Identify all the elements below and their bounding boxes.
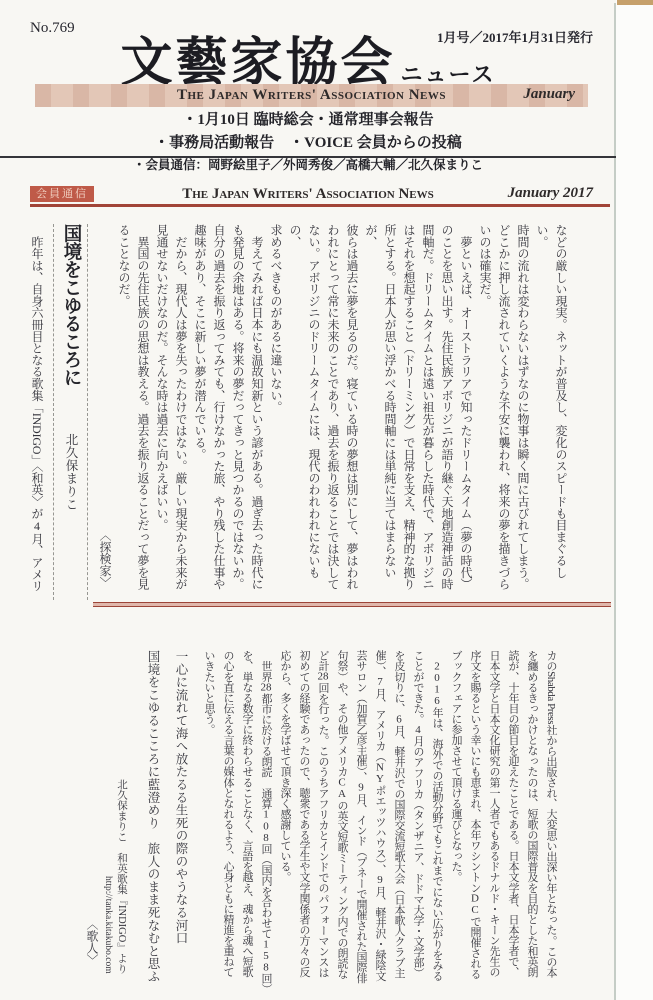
header-divider xyxy=(0,156,616,158)
text-column: われにとって常に未来のことであり、過去を振り返ることでは決して xyxy=(323,224,342,600)
association-banner: The Japan Writers' Association News Janu… xyxy=(35,84,588,107)
scan-artifact xyxy=(617,0,653,5)
section-rule xyxy=(30,204,610,207)
article-title-column: 国境をこゆるころに 北久保まりこ xyxy=(61,224,80,600)
text-column: も発見の余地はある。将来の夢だってきっと見つかるのではないか。 xyxy=(228,224,247,600)
text-column: の心を直に伝える言葉の媒体となれるよう、心身ともに精進を重ねて xyxy=(218,650,237,1000)
article-title: 国境をこゆるころに xyxy=(61,224,81,386)
association-name-en: The Japan Writers' Association News xyxy=(177,87,446,104)
text-column: 考えてみれば日本にも温故知新という諺がある。過ぎ去った時代に xyxy=(247,224,266,600)
text-column: ることなのだ。 xyxy=(114,224,133,600)
article-author: 北久保まりこ xyxy=(64,433,78,511)
contents-bullets: ・1月10日 臨時総会・通常理事会報告 ・事務局活動報告 ・VOICE 会員から… xyxy=(0,108,616,173)
text-column: ブックフェアに参加させて頂ける運びとなった。 xyxy=(446,650,465,1000)
text-column: 間軸だ。ドリームタイムとは遠い祖先が暮らした時代で、アボリジニ xyxy=(418,224,437,600)
text-column: ない。アボリジニのドリームタイムには、現代のわれわれにないもの、 xyxy=(285,224,323,600)
text-column: 初めての経験であったので、聴衆である学生や文学関係者の方々の反 xyxy=(294,650,313,1000)
text-column: を、単なる数字に終わらせることなく、言語を越え、魂から魂へ短歌 xyxy=(237,650,256,1000)
text-column: 所とする。日本人が思い浮かべる時間軸には単純に当てはまらないが、 xyxy=(361,224,399,600)
running-head-date: January 2017 xyxy=(508,185,593,202)
text-column: 句祭）や、その他アメリカCAの英文短歌ミーティング内での朗読な xyxy=(332,650,351,1000)
text-column: を皮切りに、6月、軽井沢での国際交流短歌大会（日本歌人クラブ主 xyxy=(389,650,408,1000)
text-column: 世界28都市に於ける朗読 通算108回（国内を合わせて158回） xyxy=(256,650,275,1000)
text-column: 自分の過去を振り返ってみても、行けなかった旅、やり残した仕事や xyxy=(209,224,228,600)
text-column: 芸サロン（加賀乙彦主催）、9月、インド（プネーで開催された国際俳 xyxy=(351,650,370,1000)
text-column: 趣味があり、そこに新しい夢が潜んでいる。 xyxy=(190,224,209,600)
text-column: 序文を賜るという幸いにも恵まれ、本年ワシントンDCで開催される xyxy=(465,650,484,1000)
text-column: カのShabda Press社から出版され、大変思い出深い年となった。この本 xyxy=(541,650,560,1000)
text-column: 日本文学と日本文化研究の第一人者でもあるドナルド・キーン先生の xyxy=(484,650,503,1000)
bullet-line: ・1月10日 臨時総会・通常理事会報告 xyxy=(0,108,616,129)
column-separator xyxy=(53,224,54,600)
text-column: 見通せないだけなのだ。そんな時は過去に向かえばいい。 xyxy=(152,224,171,600)
banner-month: January xyxy=(523,86,575,103)
text-column: ことができた。4月のアフリカ（タンザニア、ドドマ大学・文学部） xyxy=(408,650,427,1000)
text-column: 時間の流れは変わらないはずなのに物事は瞬く間に古びれてしまう。 xyxy=(513,224,532,600)
scan-margin xyxy=(616,0,653,1000)
author-role-tag: 〈歌人〉 xyxy=(82,650,101,1000)
tanka-poem: 一心に流れて海へ放たるる生死の際のやうなる河口 xyxy=(171,650,190,1000)
website-url: http://tanka.kitakubo.com xyxy=(101,650,114,1000)
poem-credit: 北久保まりこ 和英歌集『INDIGO』より xyxy=(114,650,129,1000)
article-top-section: などの厳しい現実。ネットが普及し、変化のスピードも目まぐるしい。時間の流れは変わ… xyxy=(38,224,570,600)
text-column: 異国の先住民族の思想は教える。過去を振り返ることだって夢を見 xyxy=(133,224,152,600)
text-column: いきたいと思う。 xyxy=(199,650,218,1000)
bullet-line: ・事務局活動報告 ・VOICE 会員からの投稿 xyxy=(0,131,616,152)
column-separator xyxy=(87,224,88,600)
text-column: 彼らは過去に夢を見るのだ。寝ている時の夢想は別にして、夢はわれ xyxy=(342,224,361,600)
text-column: どこかに押し流されていくような不安に襲われ、将来の夢を描きづら xyxy=(494,224,513,600)
text-column: はそれを想起すること（ドリーミング）で日常を支え、精神的な拠り xyxy=(399,224,418,600)
text-column: 夢といえば、オーストラリアで知ったドリームタイム（夢の時代） xyxy=(456,224,475,600)
text-column: ど計28回を行った。このうちアフリカとインドでのパフォーマンスは xyxy=(313,650,332,1000)
text-column: のことを思い出す。先住民族アボリジニが語り継ぐ天地創造神話の時 xyxy=(437,224,456,600)
text-column: だから、現代人は夢を失ったわけではない。厳しい現実から未来が xyxy=(171,224,190,600)
text-column: を纏めるきっかけとなったのは、短歌の国際普及を目的とした和英朗 xyxy=(522,650,541,1000)
text-column: などの厳しい現実。ネットが普及し、変化のスピードも目まぐるしい。 xyxy=(532,224,570,600)
article-bottom-section: カのShabda Press社から出版され、大変思い出深い年となった。この本を纏… xyxy=(38,650,560,1000)
text-column: 催）、7月、アメリカ（NYポエッツハウス）、9月、軽井沢・緑陰文 xyxy=(370,650,389,1000)
text-column: 応から、多くを学ばせて頂き深く感謝している。 xyxy=(275,650,294,1000)
tanka-poem: 国境をこゆるこころに藍澄めり 旅人のまま死なむと思ふ xyxy=(143,650,162,1000)
text-column: いのは確実だ。 xyxy=(475,224,494,600)
author-role-tag: 〈探検家〉 xyxy=(95,224,114,600)
text-column: 求めるべきものがあるに違いない。 xyxy=(266,224,285,600)
lead-column: 昨年は、自身六冊目となる歌集「INDIGO」〈和英〉が4月、アメリ xyxy=(27,224,46,600)
text-column: 読が、十年目の節目を迎えたことである。日本文学者、日本学者で、 xyxy=(503,650,522,1000)
article-divider-rule xyxy=(93,602,611,607)
text-column: 2016年は、海外での活動分野でもこれまでにない広がりをみる xyxy=(427,650,446,1000)
bullet-line: ・会員通信：岡野絵里子／外岡秀俊／高橋大輔／北久保まりこ xyxy=(0,155,616,173)
